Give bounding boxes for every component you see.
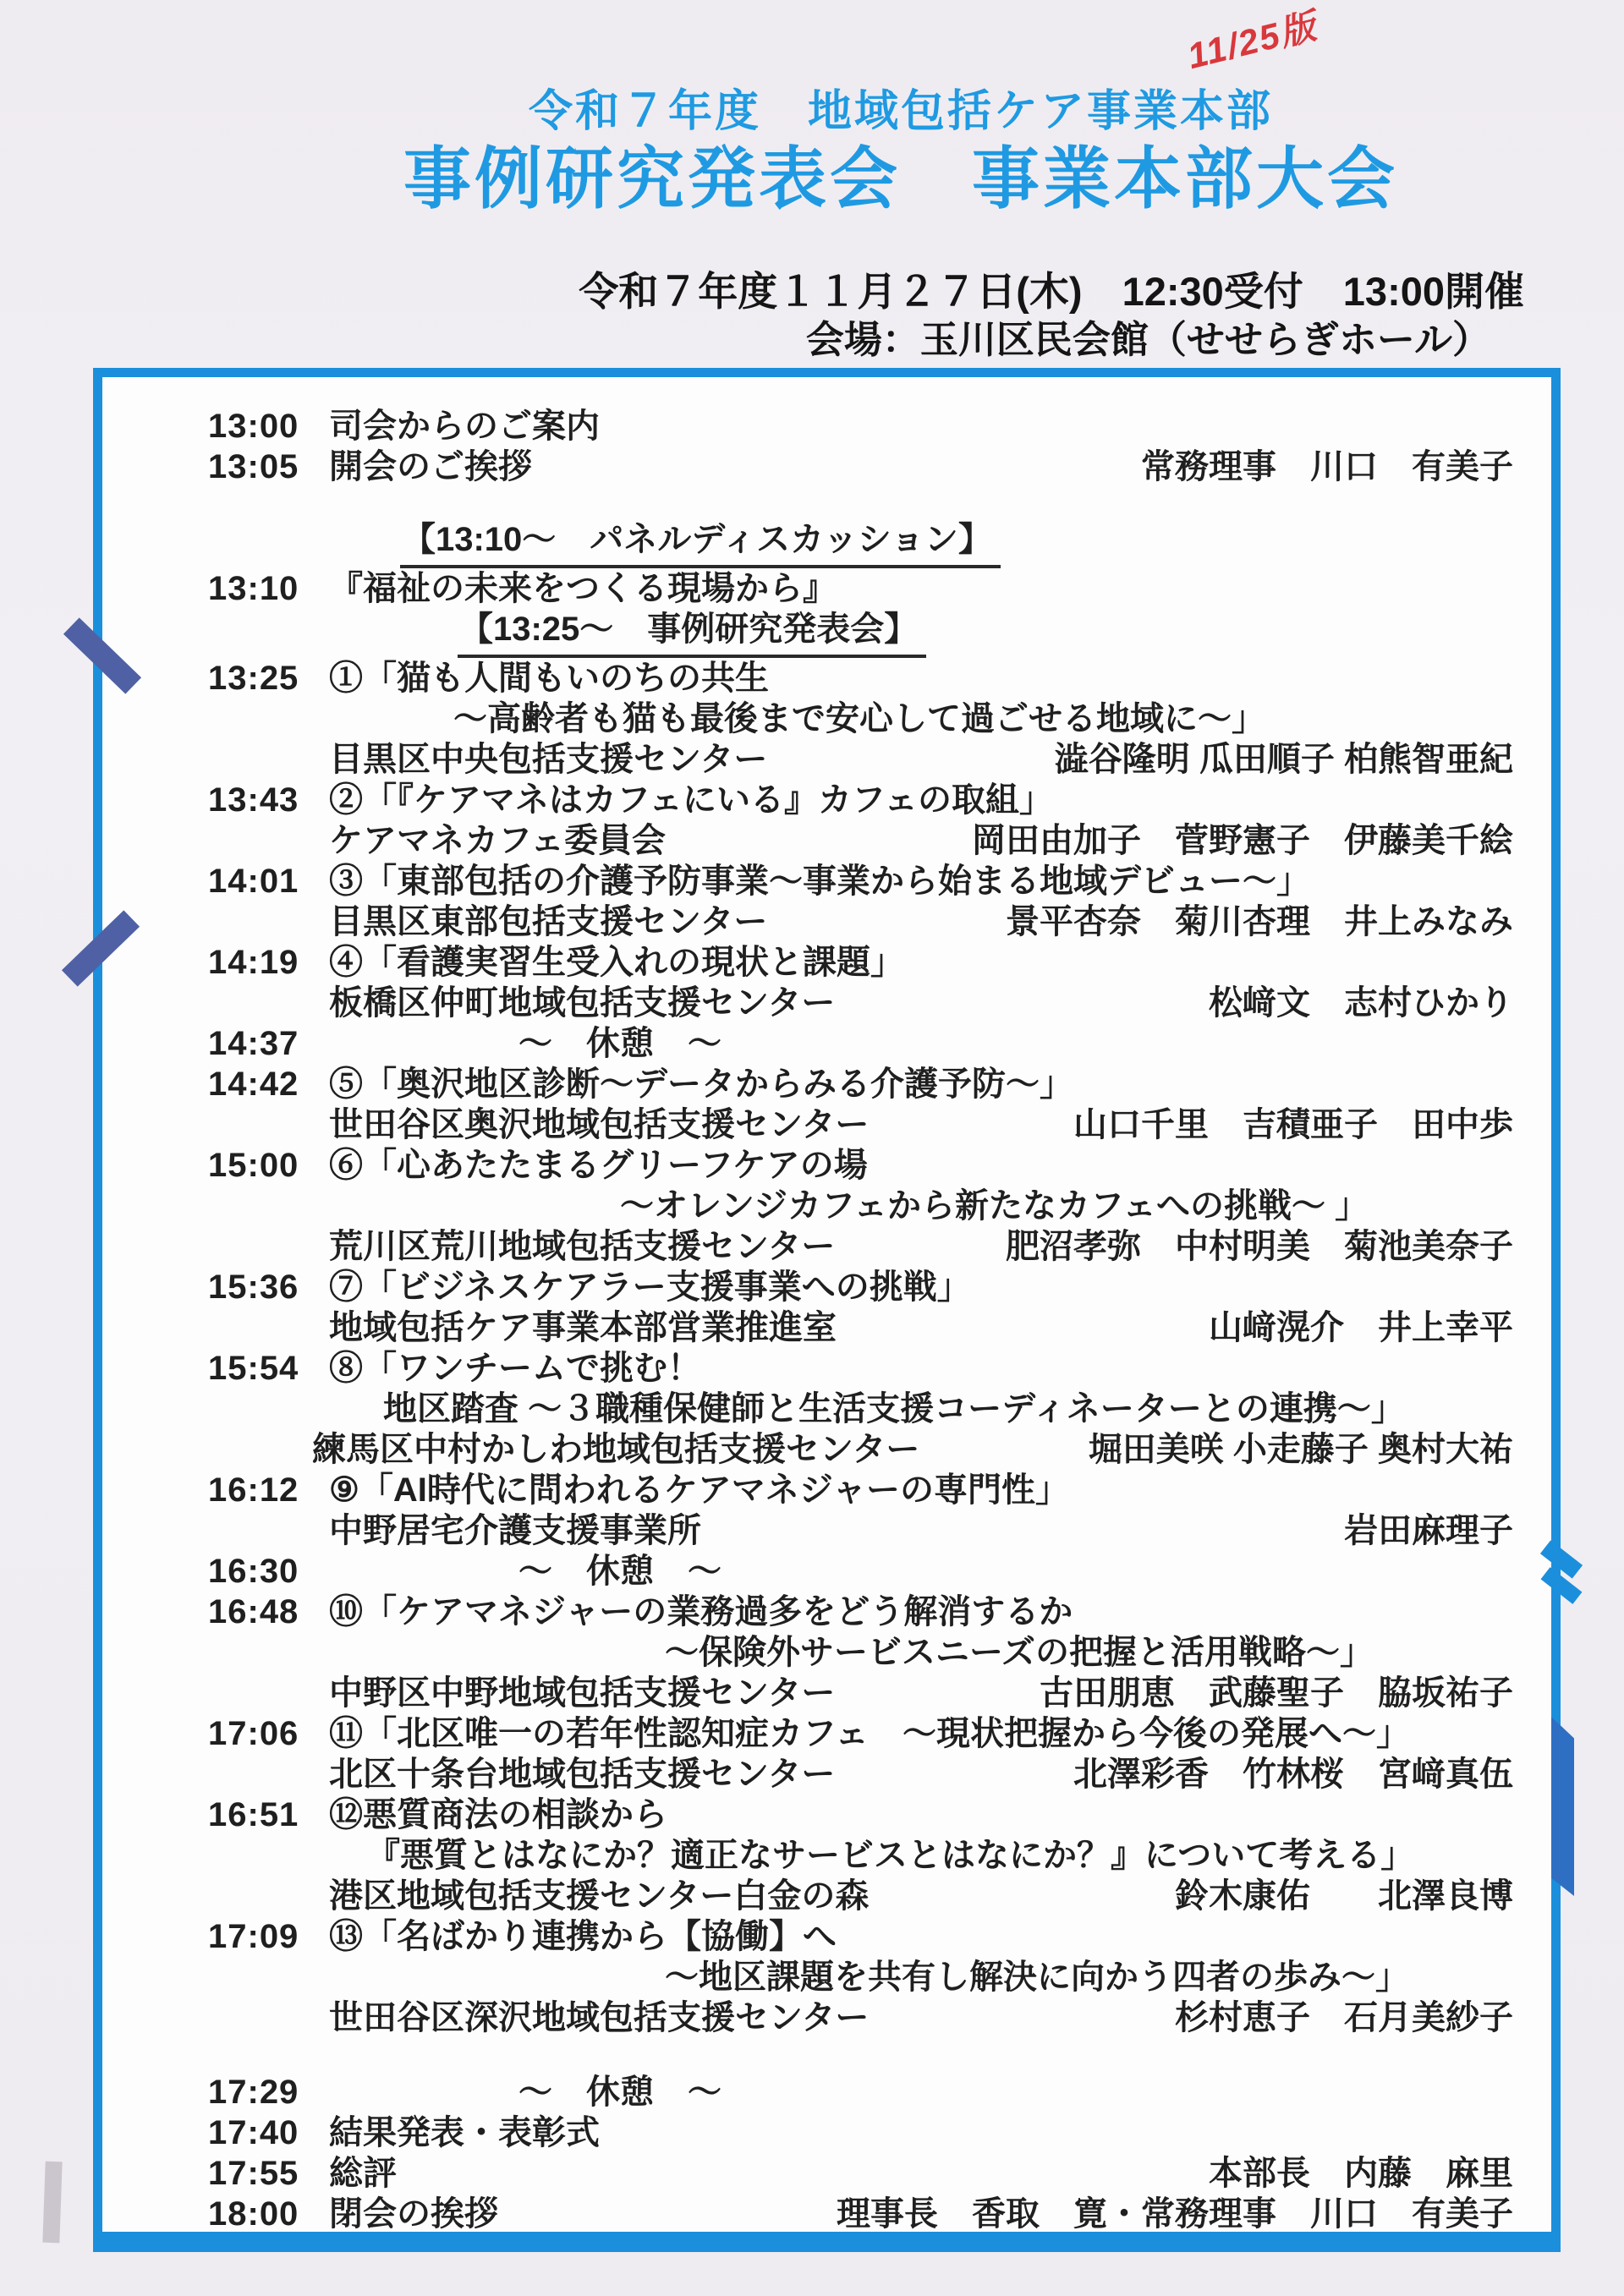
- organization-name: 港区地域包括支援センター白金の森: [329, 1876, 869, 1916]
- schedule-item-text: ⑨「AI時代に問われるケアマネジャーの専門性」: [329, 1471, 1069, 1509]
- schedule-row: 北区十条台地域包括支援センター北澤彩香 竹林桜 宮﨑真伍: [102, 1754, 1551, 1795]
- schedule-row: 中野区中野地域包括支援センター古田朋恵 武藤聖子 脇坂祐子: [102, 1673, 1551, 1713]
- speaker-names: 松﨑文 志村ひかり: [1209, 983, 1513, 1023]
- speaker-names: 杉村恵子 石月美紗子: [1175, 1997, 1513, 2038]
- program-schedule-box: 13:00司会からのご案内13:05開会のご挨拶常務理事 川口 有美子【13:1…: [93, 368, 1561, 2252]
- title-continuation: ～オレンジカフェから新たなカフェへの挑戦～ 」: [620, 1187, 1369, 1225]
- speaker-names: 堀田美咲 小走藤子 奥村大祐: [1089, 1429, 1513, 1470]
- speaker-names: 古田朋恵 武藤聖子 脇坂祐子: [1040, 1673, 1513, 1713]
- schedule-time: 17:40: [208, 2112, 335, 2153]
- schedule-row: 練馬区中村かしわ地域包括支援センター堀田美咲 小走藤子 奥村大祐: [102, 1429, 1551, 1470]
- schedule-item-text: 『福祉の未来をつくる現場から』: [329, 570, 837, 607]
- schedule-time: 13:00: [208, 406, 335, 447]
- title-continuation: 『悪質とはなにか？適正なサービスとはなにか？』について考える」: [366, 1837, 1414, 1874]
- schedule-row: 【13:25～ 事例研究発表会】: [102, 609, 1551, 658]
- schedule-row: 18:00閉会の挨拶理事長 香取 寛・常務理事 川口 有美子: [102, 2194, 1551, 2234]
- schedule-time: 15:00: [208, 1145, 335, 1186]
- schedule-row: 地区踏査 ～３職種保健師と生活支援コーディネーターとの連携～」: [102, 1389, 1551, 1429]
- schedule-row: 荒川区荒川地域包括支援センター肥沼孝弥 中村明美 菊池美奈子: [102, 1226, 1551, 1267]
- schedule-row: ～高齢者も猫も最後まで安心して過ごせる地域に～」: [102, 699, 1551, 739]
- schedule-row: 17:06⑪「北区唯一の若年性認知症カフェ ～現状把握から今後の発展へ～」: [102, 1713, 1551, 1754]
- schedule-item-text: ③「東部包括の介護予防事業～事業から始まる地域デビュー～」: [329, 863, 1310, 900]
- title-block: 令和７年度 地域包括ケア事業本部 事例研究発表会 事業本部大会: [127, 85, 1624, 220]
- organization-speakers-line: 練馬区中村かしわ地域包括支援センター堀田美咲 小走藤子 奥村大祐: [312, 1429, 1513, 1470]
- schedule-time: 16:30: [208, 1551, 335, 1592]
- schedule-row: 目黒区東部包括支援センター景平杏奈 菊川杏理 井上みなみ: [102, 901, 1551, 942]
- right-blue-band: [1551, 1717, 1574, 1896]
- schedule-item-text: ⑬「名ばかり連携から【協働】へ: [329, 1918, 837, 1955]
- schedule-time: 14:42: [208, 1064, 335, 1104]
- event-venue-line: 会場：玉川区民会館（せせらぎホール）: [579, 316, 1490, 364]
- schedule-row: 中野居宅介護支援事業所岩田麻理子: [102, 1510, 1551, 1551]
- schedule-item-text: 開会のご挨拶: [329, 448, 532, 485]
- organization-name: 世田谷区奥沢地域包括支援センター: [329, 1104, 869, 1145]
- organization-speakers-line: 板橋区仲町地域包括支援センター松﨑文 志村ひかり: [329, 983, 1513, 1023]
- speaker-names: 肥沼孝弥 中村明美 菊池美奈子: [1006, 1226, 1513, 1267]
- schedule-row: 17:29～ 休憩 ～: [102, 2072, 1551, 2112]
- schedule-row: 15:00⑥「心あたたまるグリーフケアの場: [102, 1145, 1551, 1186]
- schedule-row: 目黒区中央包括支援センター澁谷隆明 瓜田順子 柏熊智亜紀: [102, 739, 1551, 780]
- schedule-item-text: 閉会の挨拶: [329, 2195, 498, 2233]
- schedule-item-text: ⑧「ワンチームで挑む！: [329, 1350, 701, 1387]
- schedule-row: 世田谷区奥沢地域包括支援センター山口千里 吉積亜子 田中歩: [102, 1104, 1551, 1145]
- section-heading: 【13:25～ 事例研究発表会】: [458, 609, 926, 658]
- schedule-row: 14:42⑤「奥沢地区診断～データからみる介護予防～」: [102, 1064, 1551, 1104]
- schedule-item-text: 司会からのご案内: [329, 408, 600, 445]
- schedule-item-text: ①「猫も人間もいのちの共生: [329, 660, 769, 697]
- title-continuation: ～地区課題を共有し解決に向かう四者の歩み～」: [665, 1959, 1409, 1996]
- schedule-time: 16:51: [208, 1795, 335, 1835]
- schedule-row: 16:48⑩「ケアマネジャーの業務過多をどう解消するか: [102, 1592, 1551, 1632]
- schedule-item-text: ⑦「ビジネスケアラー支援事業への挑戦」: [329, 1269, 971, 1306]
- schedule-time: 16:48: [208, 1592, 335, 1632]
- schedule-row: 13:25①「猫も人間もいのちの共生: [102, 658, 1551, 699]
- organization-name: 目黒区東部包括支援センター: [329, 901, 767, 942]
- schedule-row: 15:54⑧「ワンチームで挑む！: [102, 1348, 1551, 1389]
- organization-name: 世田谷区深沢地域包括支援センター: [329, 1997, 869, 2038]
- organization-name: 地域包括ケア事業本部営業推進室: [329, 1307, 837, 1348]
- schedule-row: 13:05開会のご挨拶常務理事 川口 有美子: [102, 447, 1551, 487]
- schedule-row: 15:36⑦「ビジネスケアラー支援事業への挑戦」: [102, 1267, 1551, 1307]
- speaker-names: 山口千里 吉積亜子 田中歩: [1073, 1104, 1513, 1145]
- organization-speakers-line: 北区十条台地域包括支援センター北澤彩香 竹林桜 宮﨑真伍: [329, 1754, 1513, 1795]
- schedule-time: 13:10: [208, 568, 335, 609]
- right-aligned-names: 常務理事 川口 有美子: [1141, 447, 1513, 487]
- schedule-item-text: ②「『ケアマネはカフェにいる』カフェの取組」: [329, 781, 1053, 819]
- section-heading: 【13:10～ パネルディスカッション】: [400, 519, 1001, 568]
- schedule-time: 13:25: [208, 658, 335, 699]
- schedule-row: 世田谷区深沢地域包括支援センター杉村恵子 石月美紗子: [102, 1997, 1551, 2038]
- schedule-row: 16:12⑨「AI時代に問われるケアマネジャーの専門性」: [102, 1470, 1551, 1510]
- organization-speakers-line: 世田谷区深沢地域包括支援センター杉村恵子 石月美紗子: [329, 1997, 1513, 2038]
- schedule-time: 14:01: [208, 861, 335, 901]
- schedule-item-text: ⑥「心あたたまるグリーフケアの場: [329, 1147, 868, 1184]
- schedule-row: 14:37～ 休憩 ～: [102, 1023, 1551, 1064]
- organization-name: 練馬区中村かしわ地域包括支援センター: [312, 1429, 919, 1470]
- schedule-item-text: 結果発表・表彰式: [329, 2114, 600, 2151]
- organization-name: 中野区中野地域包括支援センター: [329, 1673, 835, 1713]
- event-main-title: 事例研究発表会 事業本部大会: [127, 139, 1624, 220]
- break-label: ～ 休憩 ～: [518, 2074, 721, 2111]
- organization-speakers-line: 中野居宅介護支援事業所岩田麻理子: [329, 1510, 1513, 1551]
- schedule-time: 17:55: [208, 2153, 335, 2194]
- schedule-row: 港区地域包括支援センター白金の森鈴木康佑 北澤良博: [102, 1876, 1551, 1916]
- schedule-time: 16:12: [208, 1470, 335, 1510]
- schedule-row: 板橋区仲町地域包括支援センター松﨑文 志村ひかり: [102, 983, 1551, 1023]
- organization-speakers-line: 港区地域包括支援センター白金の森鈴木康佑 北澤良博: [329, 1876, 1513, 1916]
- scan-artifact-streak: [42, 2162, 62, 2244]
- schedule-item-text: ⑫悪質商法の相談から: [329, 1796, 667, 1833]
- schedule-time: 18:00: [208, 2194, 335, 2234]
- schedule-time: 15:54: [208, 1348, 335, 1389]
- title-continuation: ～高齢者も猫も最後まで安心して過ごせる地域に～」: [453, 700, 1265, 737]
- schedule-row: ～オレンジカフェから新たなカフェへの挑戦～ 」: [102, 1186, 1551, 1226]
- speaker-names: 山﨑滉介 井上幸平: [1209, 1307, 1513, 1348]
- schedule-row: 17:09⑬「名ばかり連携から【協働】へ: [102, 1916, 1551, 1957]
- schedule-item-text: ④「看護実習生受入れの現状と課題」: [329, 944, 904, 981]
- schedule-time: 14:19: [208, 942, 335, 983]
- date-venue-block: 令和７年度１１月２７日(木) 12:30受付 13:00開催 会場：玉川区民会館…: [579, 267, 1524, 364]
- organization-speakers-line: 中野区中野地域包括支援センター古田朋恵 武藤聖子 脇坂祐子: [329, 1673, 1513, 1713]
- schedule-time: 15:36: [208, 1267, 335, 1307]
- organization-speakers-line: 目黒区中央包括支援センター澁谷隆明 瓜田順子 柏熊智亜紀: [329, 739, 1513, 780]
- title-continuation: 地区踏査 ～３職種保健師と生活支援コーディネーターとの連携～」: [383, 1390, 1405, 1427]
- break-label: ～ 休憩 ～: [518, 1025, 721, 1062]
- speaker-names: 岩田麻理子: [1344, 1510, 1513, 1551]
- schedule-time: 13:43: [208, 780, 335, 820]
- organization-name: 板橋区仲町地域包括支援センター: [329, 983, 835, 1023]
- schedule-item-text: ⑤「奥沢地区診断～データからみる介護予防～」: [329, 1066, 1073, 1103]
- schedule-row: 地域包括ケア事業本部営業推進室山﨑滉介 井上幸平: [102, 1307, 1551, 1348]
- schedule-spacer: [102, 487, 1551, 519]
- organization-name: 中野居宅介護支援事業所: [329, 1510, 701, 1551]
- schedule-item-text: ⑪「北区唯一の若年性認知症カフェ ～現状把握から今後の発展へ～」: [329, 1715, 1410, 1752]
- right-aligned-names: 理事長 香取 寛・常務理事 川口 有美子: [837, 2194, 1513, 2234]
- schedule-row: 14:01③「東部包括の介護予防事業～事業から始まる地域デビュー～」: [102, 861, 1551, 901]
- schedule-row: 16:30～ 休憩 ～: [102, 1551, 1551, 1592]
- right-aligned-names: 本部長 内藤 麻里: [1209, 2153, 1513, 2194]
- schedule-row: 14:19④「看護実習生受入れの現状と課題」: [102, 942, 1551, 983]
- schedule-item-text: 総評: [329, 2155, 397, 2192]
- speaker-names: 北澤彩香 竹林桜 宮﨑真伍: [1073, 1754, 1513, 1795]
- schedule-row: 16:51⑫悪質商法の相談から: [102, 1795, 1551, 1835]
- schedule-item-text: ⑩「ケアマネジャーの業務過多をどう解消するか: [329, 1593, 1073, 1630]
- schedule-row: 17:40結果発表・表彰式: [102, 2112, 1551, 2153]
- schedule-row: 【13:10～ パネルディスカッション】: [102, 519, 1551, 568]
- schedule-rows: 13:00司会からのご案内13:05開会のご挨拶常務理事 川口 有美子【13:1…: [102, 377, 1551, 2234]
- break-label: ～ 休憩 ～: [518, 1553, 721, 1590]
- schedule-time: 14:37: [208, 1023, 335, 1064]
- speaker-names: 鈴木康佑 北澤良博: [1175, 1876, 1513, 1916]
- organization-name: 荒川区荒川地域包括支援センター: [329, 1226, 835, 1267]
- schedule-spacer: [102, 2038, 1551, 2072]
- speaker-names: 景平杏奈 菊川杏理 井上みなみ: [1006, 901, 1513, 942]
- schedule-row: 17:55総評本部長 内藤 麻里: [102, 2153, 1551, 2194]
- title-continuation: ～保険外サービスニーズの把握と活用戦略～」: [665, 1634, 1374, 1671]
- schedule-row: 『悪質とはなにか？適正なサービスとはなにか？』について考える」: [102, 1835, 1551, 1876]
- organization-name: 目黒区中央包括支援センター: [329, 739, 767, 780]
- schedule-row: 13:43②「『ケアマネはカフェにいる』カフェの取組」: [102, 780, 1551, 820]
- organization-name: 北区十条台地域包括支援センター: [329, 1754, 835, 1795]
- speaker-names: 澁谷隆明 瓜田順子 柏熊智亜紀: [1055, 739, 1513, 780]
- schedule-time: 17:06: [208, 1713, 335, 1754]
- organization-speakers-line: 目黒区東部包括支援センター景平杏奈 菊川杏理 井上みなみ: [329, 901, 1513, 942]
- event-date-line: 令和７年度１１月２７日(木) 12:30受付 13:00開催: [579, 267, 1524, 316]
- organization-speakers-line: 地域包括ケア事業本部営業推進室山﨑滉介 井上幸平: [329, 1307, 1513, 1348]
- organization-speakers-line: 荒川区荒川地域包括支援センター肥沼孝弥 中村明美 菊池美奈子: [329, 1226, 1513, 1267]
- schedule-time: 13:05: [208, 447, 335, 487]
- speaker-names: 岡田由加子 菅野憲子 伊藤美千絵: [972, 820, 1513, 861]
- organization-name: ケアマネカフェ委員会: [329, 820, 666, 861]
- organization-speakers-line: 世田谷区奥沢地域包括支援センター山口千里 吉積亜子 田中歩: [329, 1104, 1513, 1145]
- schedule-time: 17:09: [208, 1916, 335, 1957]
- organization-speakers-line: ケアマネカフェ委員会岡田由加子 菅野憲子 伊藤美千絵: [329, 820, 1513, 861]
- schedule-row: ～地区課題を共有し解決に向かう四者の歩み～」: [102, 1957, 1551, 1997]
- schedule-row: 13:00司会からのご案内: [102, 406, 1551, 447]
- schedule-time: 17:29: [208, 2072, 335, 2112]
- schedule-row: 13:10『福祉の未来をつくる現場から』: [102, 568, 1551, 609]
- schedule-row: ケアマネカフェ委員会岡田由加子 菅野憲子 伊藤美千絵: [102, 820, 1551, 861]
- event-department-title: 令和７年度 地域包括ケア事業本部: [127, 85, 1624, 139]
- schedule-row: ～保険外サービスニーズの把握と活用戦略～」: [102, 1632, 1551, 1673]
